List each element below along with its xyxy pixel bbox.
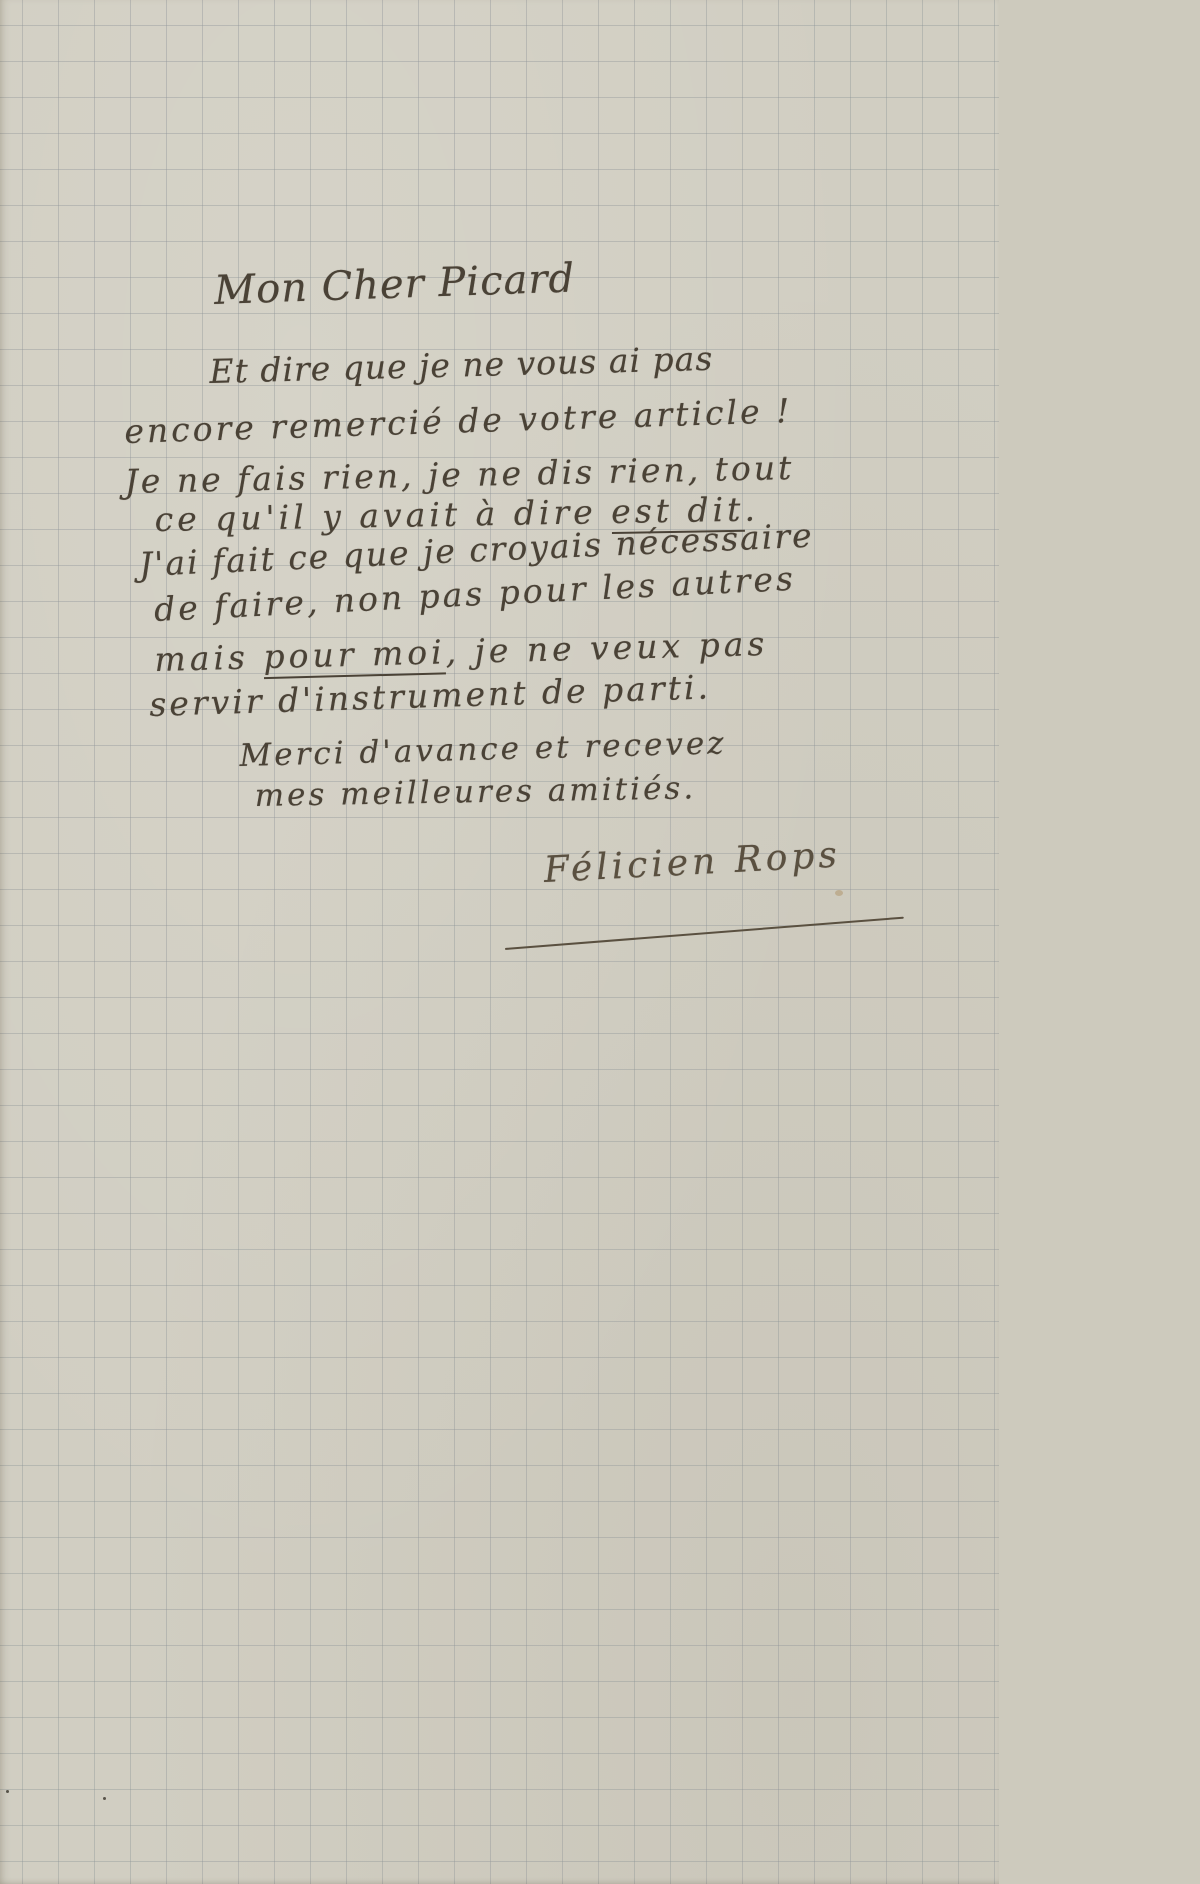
letter-sheet: Mon Cher Picard Et dire que je ne vous a… [0,0,999,1884]
salutation: Mon Cher Picard [213,255,575,314]
closing-line-2: mes meilleures amitiés. [254,770,696,814]
letter-line-7-end: , je ne veux pas [445,624,769,671]
signature-flourish [505,917,904,950]
closing-line-1: Merci d'avance et recevez [239,725,727,774]
letter-line-7-start: mais [154,638,249,679]
letter-line-2: encore remercié de votre article ! [124,391,793,451]
ink-speck [103,1797,106,1800]
paper-stain [835,890,843,896]
letter-line-1: Et dire que je ne vous ai pas [209,339,714,391]
ink-speck [6,1790,9,1793]
signature: Félicien Rops [543,834,842,891]
underlined-pour-moi: pour moi [263,632,446,679]
